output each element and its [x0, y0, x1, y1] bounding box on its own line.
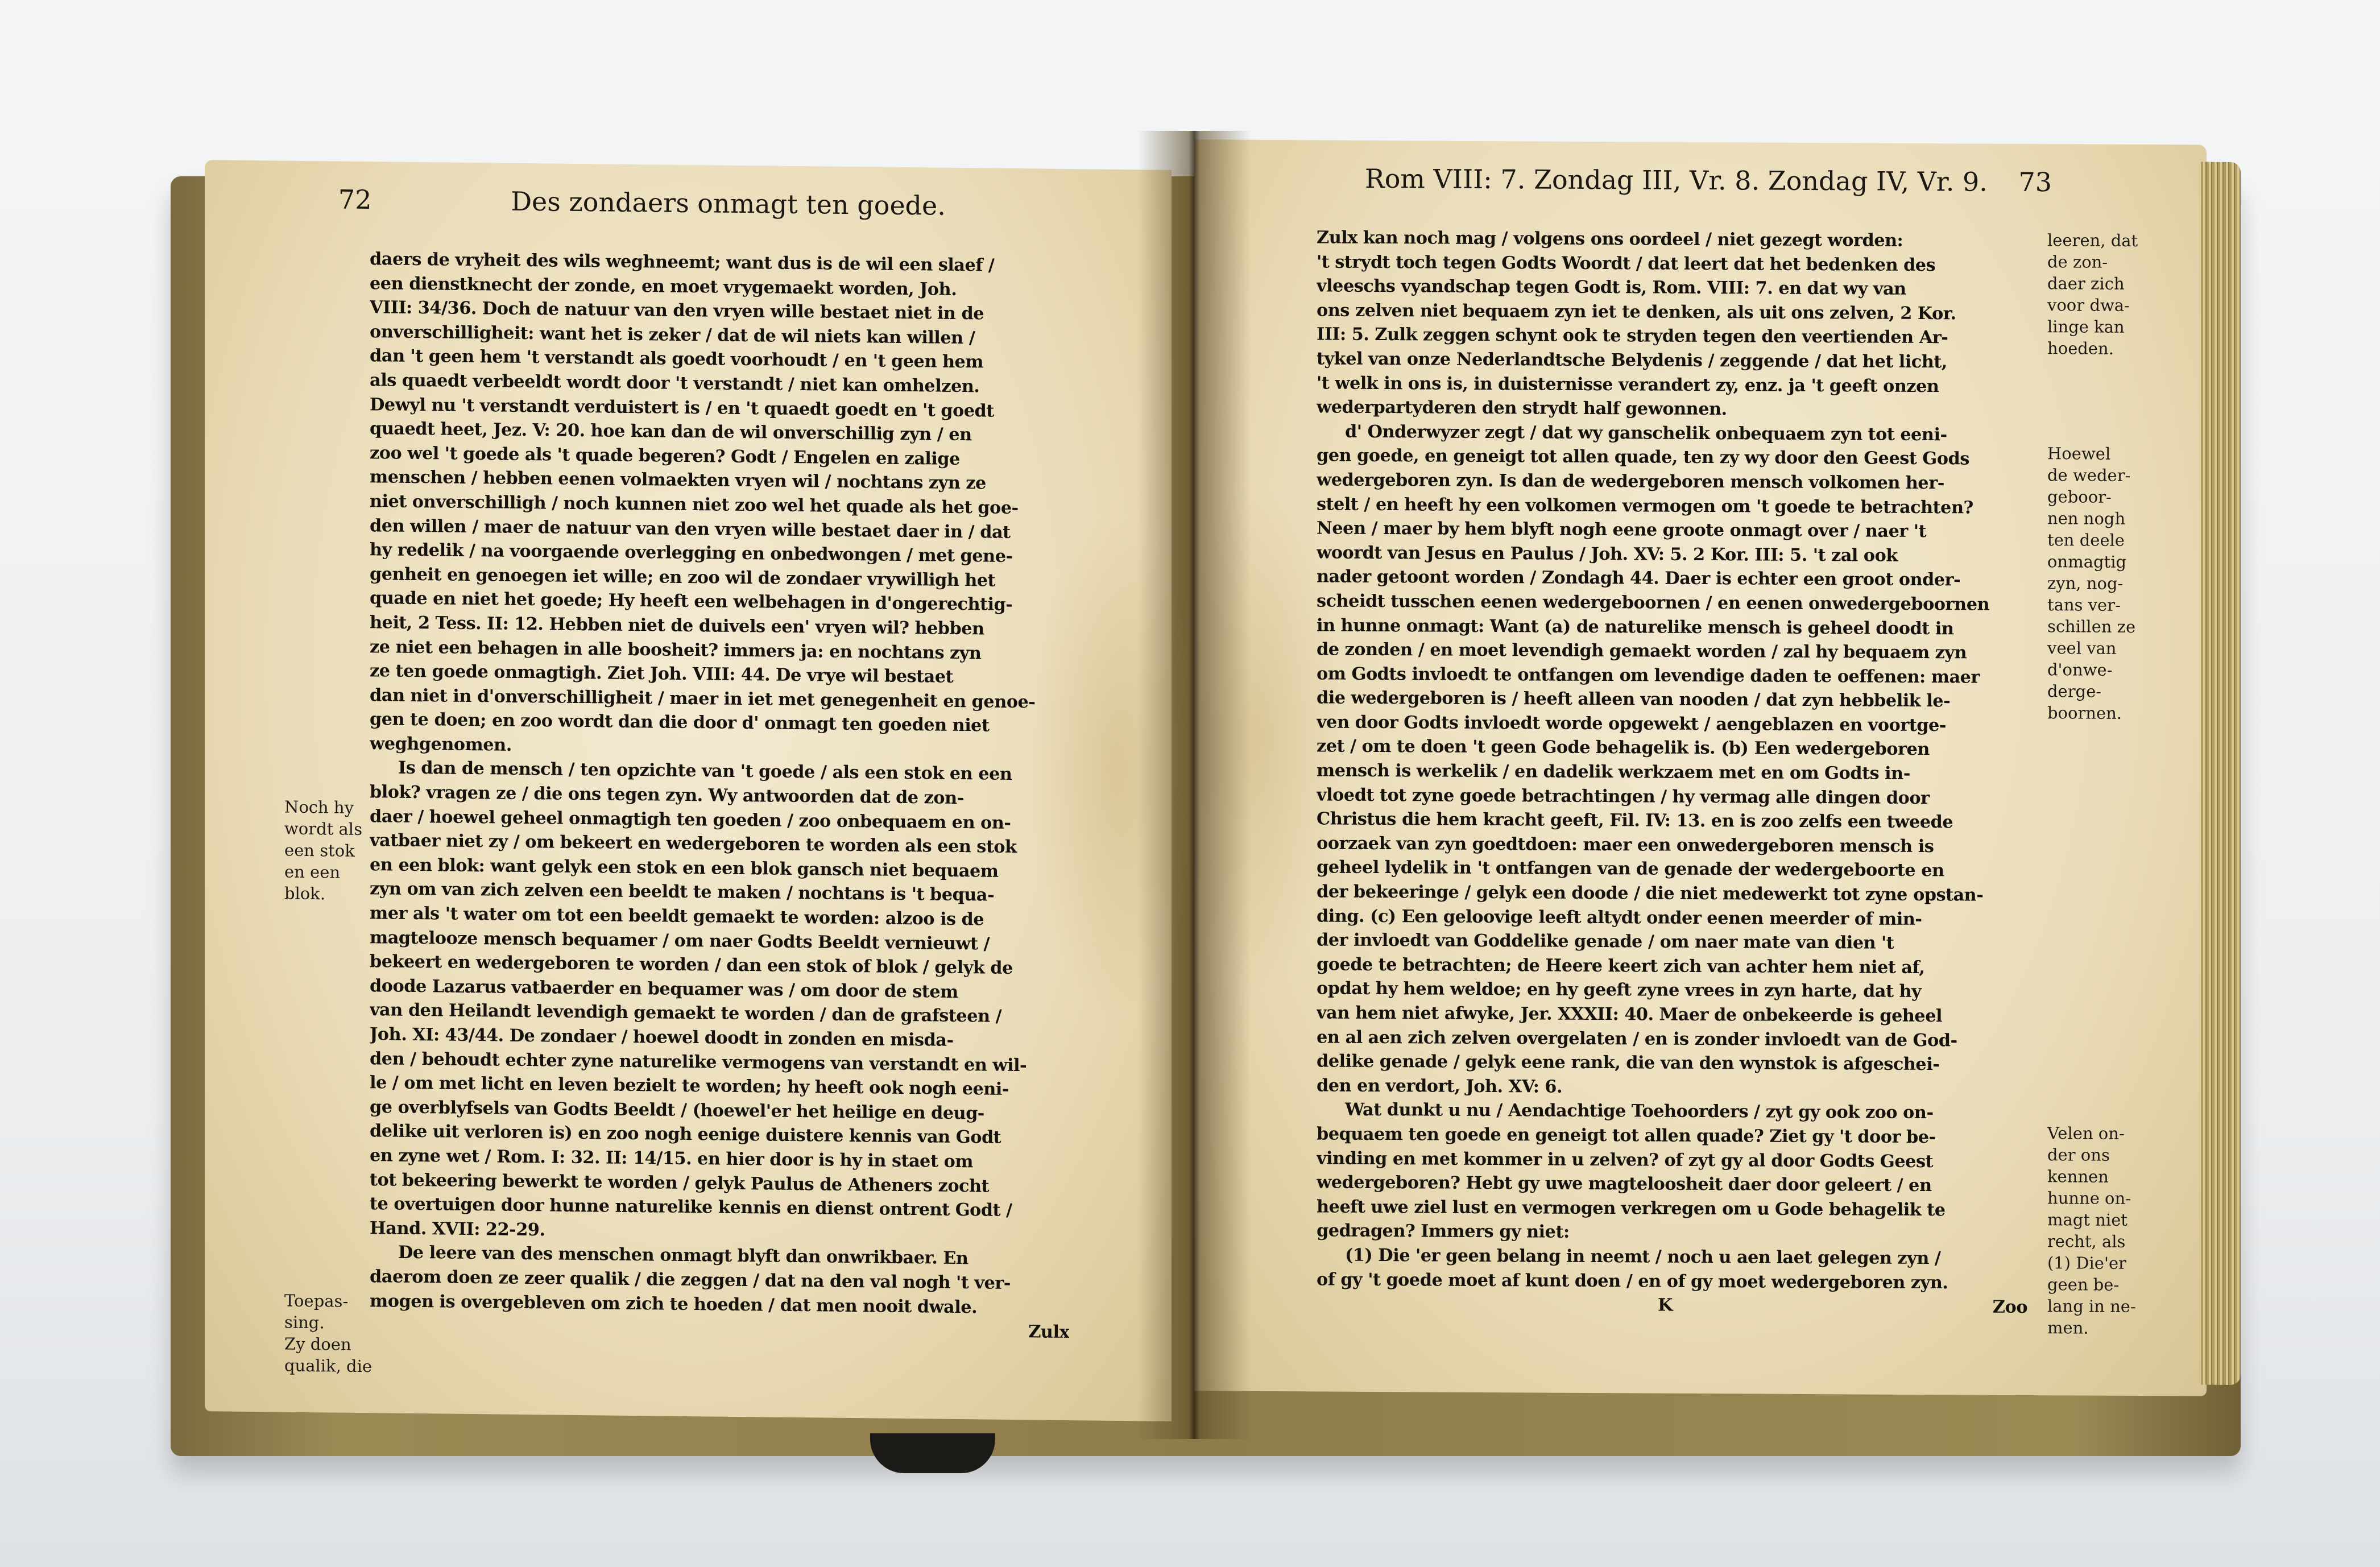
margin-note-line: men. — [2047, 1317, 2150, 1339]
margin-note: Noch hywordt alseen stoken eenblok. — [284, 796, 370, 906]
margin-note-line: veel van — [2047, 637, 2150, 659]
text-line: der invloedt van Goddelike genade / om n… — [1317, 928, 2027, 956]
text-line: ons zelven niet bequaem zyn iet te denke… — [1317, 298, 2027, 326]
margin-note-line: onmagtig — [2047, 551, 2150, 573]
page-number: 72 — [338, 184, 372, 216]
text-line: ding. (c) Een geloovige leeft altydt ond… — [1317, 904, 2027, 932]
text-line: vinding en met kommer in u zelven? of zy… — [1317, 1146, 2027, 1174]
text-line: in hunne onmagt: Want (a) de naturelike … — [1317, 613, 2027, 641]
text-line: 't strydt toch tegen Godts Woordt / dat … — [1317, 250, 2027, 278]
margin-note-line: derge- — [2047, 680, 2150, 702]
margin-note-line: boornen. — [2047, 702, 2150, 724]
signature-mark: K — [1658, 1293, 1673, 1318]
margin-note-line: zyn, nog- — [2047, 572, 2150, 594]
margin-note-line: der ons — [2047, 1144, 2150, 1166]
running-head-title: Des zondaers onmagt ten goede. — [511, 186, 946, 221]
page-number: 73 — [2019, 167, 2052, 197]
margin-note-line: de weder- — [2047, 464, 2150, 486]
margin-note-line: tans ver- — [2047, 594, 2150, 616]
margin-note-line: een stok — [284, 840, 370, 862]
margin-note-line: (1) Die'er — [2047, 1252, 2150, 1274]
text-line: nader getoont worden / Zondagh 44. Daer … — [1317, 565, 2027, 593]
text-line: geheel lydelik in 't ontfangen van de ge… — [1317, 855, 2027, 883]
text-line: vloedt tot zyne goede betrachtingen / hy… — [1317, 783, 2027, 811]
text-line: om Godts invloedt te ontfangen om levend… — [1317, 661, 2027, 689]
margin-note-line: magt niet — [2047, 1209, 2150, 1231]
text-line: en al aen zich zelven overgelaten / en i… — [1317, 1025, 2027, 1053]
margin-note-line: Noch hy — [284, 796, 370, 819]
margin-note: Hoewelde weder-geboor-nen noghten deeleo… — [2047, 443, 2150, 724]
text-line: d' Onderwyzer zegt / dat wy ganschelik o… — [1317, 419, 2027, 447]
margin-note-line: en een — [284, 861, 370, 884]
margin-note-line: daer zich — [2047, 272, 2150, 295]
margin-note: Velen on-der onskennenhunne on-magt niet… — [2047, 1122, 2150, 1339]
margin-note-line: geboor- — [2047, 486, 2150, 508]
text-line: (1) Die 'er geen belang in neemt / noch … — [1317, 1243, 2027, 1271]
text-line: tykel van onze Nederlandtsche Belydenis … — [1317, 346, 2027, 374]
margin-note-line: linge kan — [2047, 316, 2150, 338]
text-line: Zulx kan noch mag / volgens ons oordeel … — [1317, 225, 2027, 253]
left-page: 72 Des zondaers onmagt ten goede. daers … — [205, 160, 1172, 1421]
margin-note-line: voor dwa- — [2047, 294, 2150, 316]
margin-note: Toepas-sing.Zy doenqualik, die — [284, 1290, 375, 1378]
right-page: Rom VIII: 7. Zondag III, Vr. 8. Zondag I… — [1194, 139, 2207, 1396]
text-line: van hem niet afwyke, Jer. XXXII: 40. Mae… — [1317, 1000, 2027, 1028]
margin-note-line: kennen — [2047, 1165, 2150, 1188]
margin-note-line: schillen ze — [2047, 615, 2150, 638]
margin-note-line: qualik, die — [284, 1355, 375, 1378]
text-line: bequaem ten goede en geneigt tot allen q… — [1317, 1122, 2027, 1150]
right-running-head: Rom VIII: 7. Zondag III, Vr. 8. Zondag I… — [1365, 163, 2052, 197]
text-line: scheidt tusschen eenen wedergeboornen / … — [1317, 589, 2027, 617]
text-line: III: 5. Zulk zeggen schynt ook te stryde… — [1317, 323, 2027, 350]
margin-note: leeren, datde zon-daer zichvoor dwa-ling… — [2047, 229, 2150, 359]
margin-note-line: Velen on- — [2047, 1122, 2150, 1144]
right-page-text: Zulx kan noch mag / volgens ons oordeel … — [1317, 225, 2027, 1319]
margin-note-line: hunne on- — [2047, 1187, 2150, 1209]
book-gutter — [1137, 131, 1251, 1439]
margin-note-line: Zy doen — [284, 1333, 375, 1356]
text-line: de zonden / en moet levendigh gemaekt wo… — [1317, 638, 2027, 665]
open-book: 72 Des zondaers onmagt ten goede. daers … — [171, 131, 2252, 1456]
margin-note-line: d'onwe- — [2047, 659, 2150, 681]
left-running-head: 72 Des zondaers onmagt ten goede. — [338, 184, 946, 221]
text-line: 't welk in ons is, in duisternisse veran… — [1317, 371, 2027, 399]
text-line: woordt van Jesus en Paulus / Joh. XV: 5.… — [1317, 540, 2027, 568]
text-line: delike genade / gelyk eene rank, die van… — [1317, 1049, 2027, 1077]
margin-note-line: ten deele — [2047, 529, 2150, 551]
margin-note-line: geen be- — [2047, 1274, 2150, 1296]
margin-note-line: lang in ne- — [2047, 1295, 2150, 1317]
catchword: Zoo — [1993, 1295, 2027, 1320]
running-head-title: Rom VIII: 7. Zondag III, Vr. 8. Zondag I… — [1365, 163, 1988, 197]
margin-note-line: nen nogh — [2047, 507, 2150, 530]
text-line: wedergeboren zyn. Is dan de wedergeboren… — [1317, 468, 2027, 495]
text-line: Wat dunkt u nu / Aendachtige Toehoorders… — [1317, 1098, 2027, 1126]
margin-note-line: de zon- — [2047, 251, 2150, 273]
text-line: vleeschs vyandschap tegen Godt is, Rom. … — [1317, 274, 2027, 302]
margin-note-line: blok. — [284, 883, 370, 906]
margin-note-line: leeren, dat — [2047, 229, 2150, 251]
left-page-text: daers de vryheit des wils weghneemt; wan… — [370, 247, 1069, 1345]
text-line: mensch is werkelik / en dadelik werkzaem… — [1317, 759, 2027, 787]
text-line: gedragen? Immers gy niet: — [1317, 1219, 2027, 1247]
text-line: die wedergeboren is / heeft alleen van n… — [1317, 686, 2027, 714]
text-line: goede te betrachten; de Heere keert zich… — [1317, 952, 2027, 980]
text-line: ven door Godts invloedt worde opgewekt /… — [1317, 710, 2027, 738]
text-line: der bekeeringe / gelyk een doode / die n… — [1317, 879, 2027, 907]
margin-note-line: recht, als — [2047, 1230, 2150, 1252]
margin-note-line: wordt als — [284, 818, 370, 841]
margin-note-line: Toepas- — [284, 1290, 375, 1313]
text-line: wederpartyderen den strydt half gewonnen… — [1317, 395, 2027, 423]
margin-note-line: sing. — [284, 1312, 375, 1334]
text-line: zet / om te doen 't geen Gode behagelik … — [1317, 734, 2027, 762]
text-line: wedergeboren? Hebt gy uwe magteloosheit … — [1317, 1171, 2027, 1198]
margin-note-line: Hoewel — [2047, 443, 2150, 465]
text-line: opdat hy hem weldoe; en hy geeft zyne vr… — [1317, 977, 2027, 1004]
text-line: Christus die hem kracht geeft, Fil. IV: … — [1317, 807, 2027, 835]
text-line: heeft uwe ziel lust en vermogen verkrege… — [1317, 1194, 2027, 1222]
text-line: of gy 't goede moet af kunt doen / en of… — [1317, 1267, 2027, 1295]
text-line: Neen / maer by hem blyft nogh eene groot… — [1317, 516, 2027, 544]
margin-note-line: hoeden. — [2047, 337, 2150, 359]
page-block-edge — [2201, 162, 2241, 1385]
text-line: den en verdort, Joh. XV: 6. — [1317, 1073, 2027, 1101]
text-line: gen goede, en geneigt tot allen quade, t… — [1317, 444, 2027, 472]
book-clasp-strap — [870, 1433, 995, 1473]
text-line: stelt / en heeft hy een volkomen vermoge… — [1317, 492, 2027, 520]
text-line: oorzaek van zyn goedtdoen: maer een onwe… — [1317, 831, 2027, 859]
